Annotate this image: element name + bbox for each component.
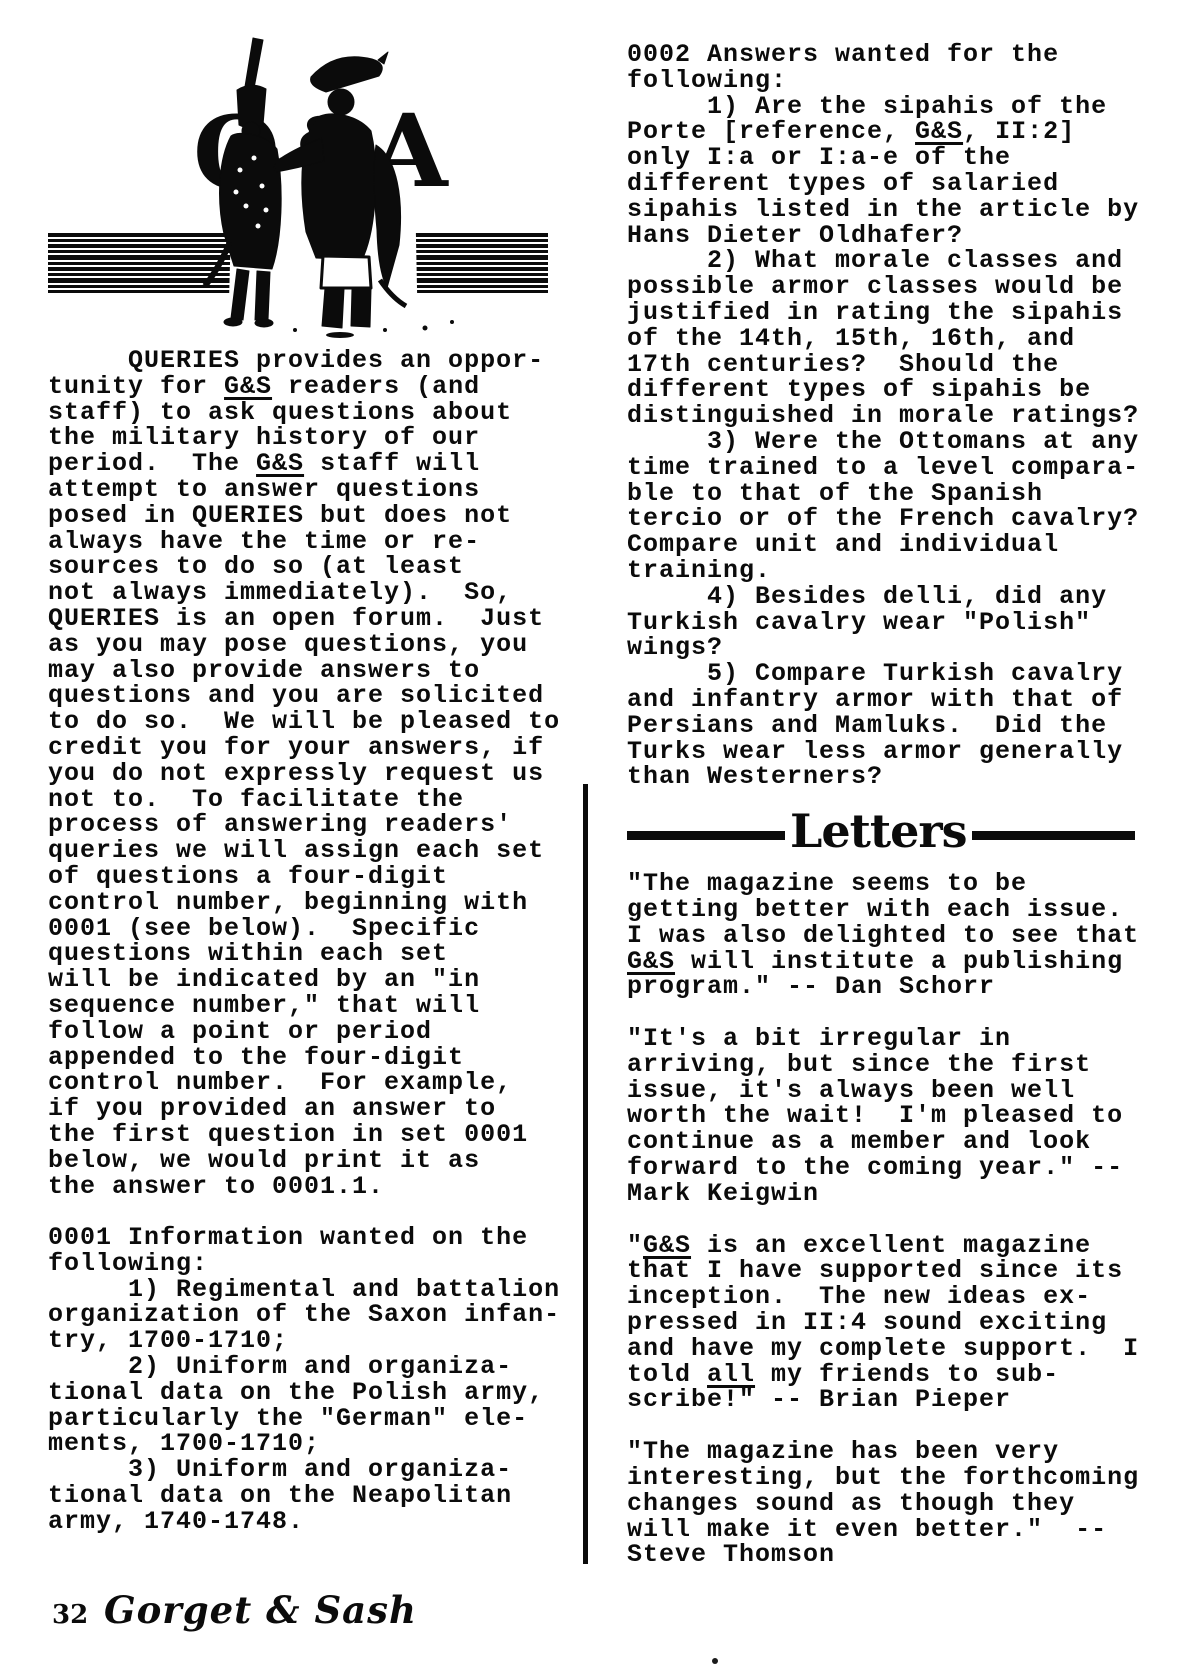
letters-section-title: Letters (790, 808, 967, 854)
letter-quote-mark-keigwin: "It's a bit irregular in arriving, but s… (627, 1026, 1139, 1207)
breeches (321, 256, 371, 288)
query-set-0001: 0001 Information wanted on the following… (48, 1225, 560, 1535)
letter-quote-brian-pieper: "G&S is an excellent magazine that I hav… (627, 1233, 1139, 1414)
magazine-page: Q & A (0, 0, 1200, 1676)
letter-quote-dan-schorr: "The magazine seems to be getting better… (627, 871, 1139, 1000)
right-soldier-coat (302, 114, 376, 260)
right-soldier-head (328, 89, 354, 115)
right-column: 0002 Answers wanted for the following: 1… (627, 42, 1139, 1568)
letters-section-header: Letters (627, 812, 1135, 858)
column-divider (583, 784, 588, 1564)
stray-ink-mark (712, 1658, 718, 1664)
qa-header-illustration: Q & A (40, 30, 560, 350)
letters-rule-left (627, 831, 785, 840)
magazine-logo: Gorget & Sash (104, 1588, 417, 1632)
letters-rule-right (972, 831, 1135, 840)
left-column: QUERIES provides an oppor- tunity for G&… (48, 348, 560, 1535)
letter-quote-steve-thomson: "The magazine has been very interesting,… (627, 1439, 1139, 1568)
query-set-0002: 0002 Answers wanted for the following: 1… (627, 42, 1139, 790)
queries-intro-paragraph: QUERIES provides an oppor- tunity for G&… (48, 348, 560, 1199)
page-number: 32 (52, 1600, 88, 1630)
